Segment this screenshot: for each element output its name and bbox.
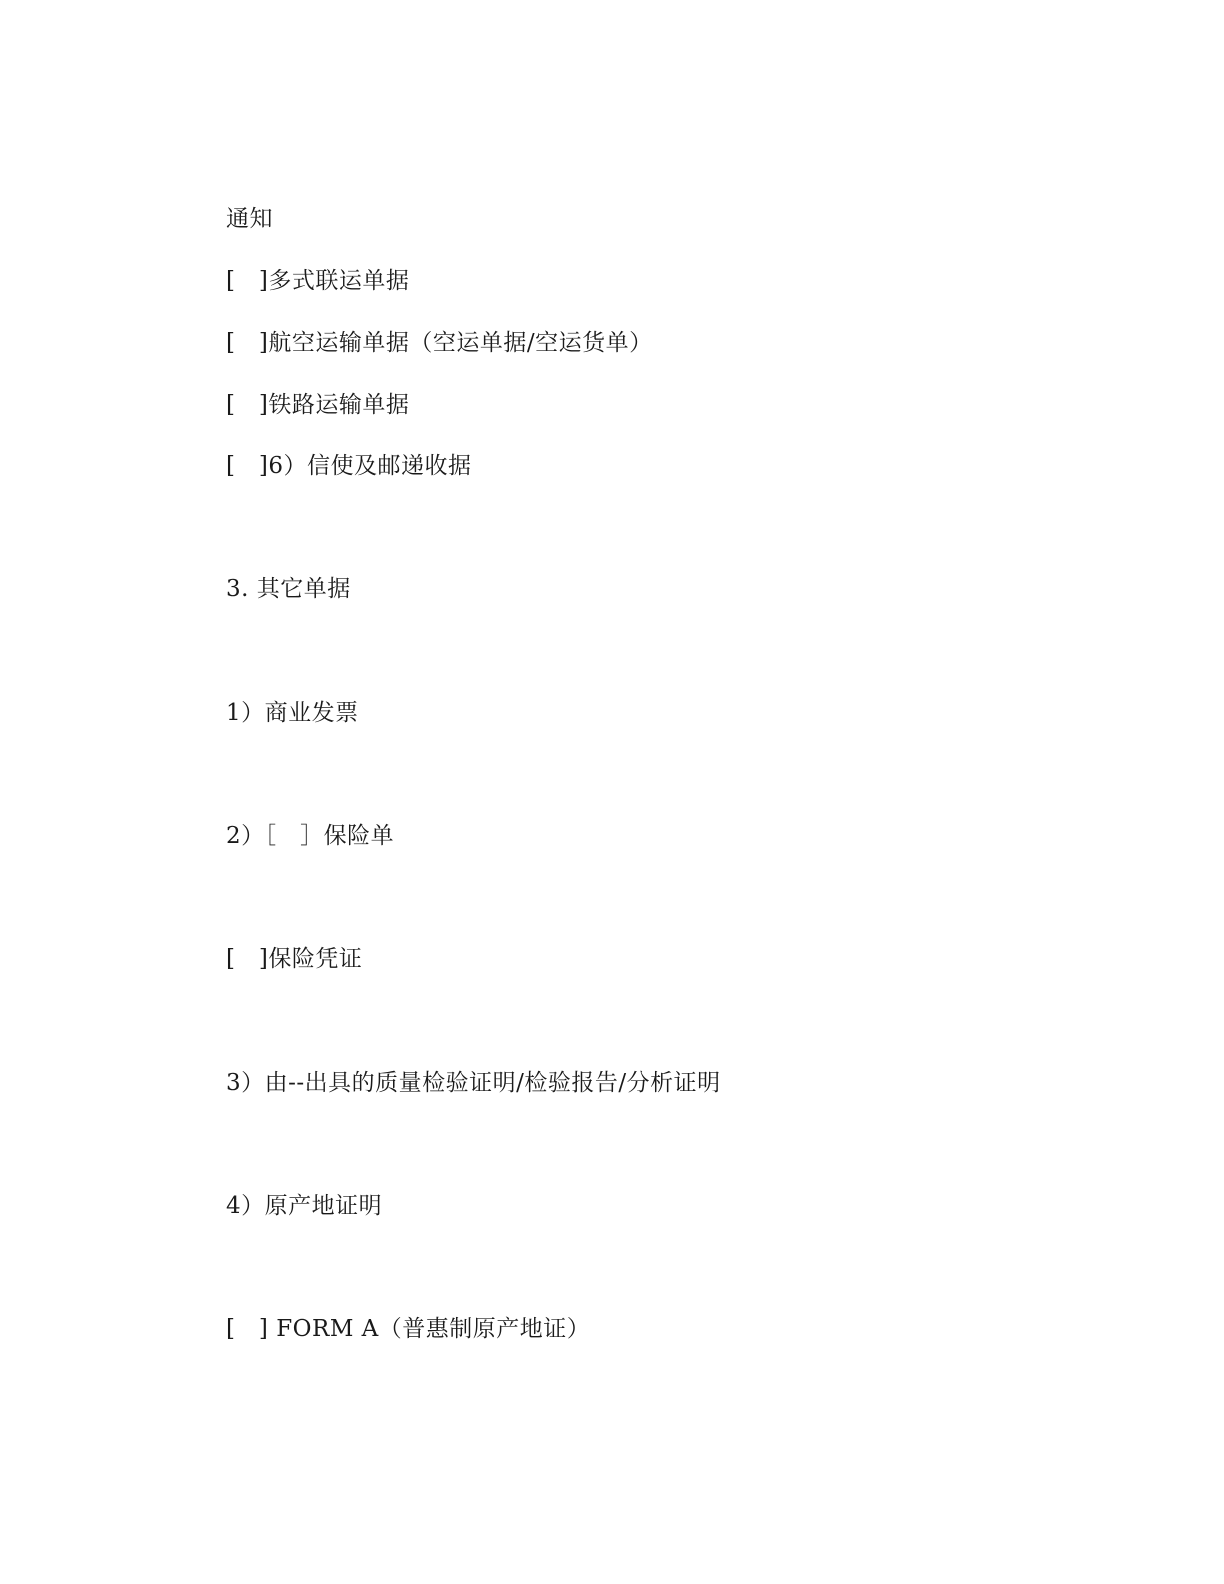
- checkbox-courier-postal-receipt: [ ]6）信使及邮递收据: [226, 451, 472, 481]
- checkbox-form-a: [ ] FORM A（普惠制原产地证）: [226, 1314, 590, 1344]
- notice-heading: 通知: [226, 204, 273, 234]
- checkbox-air-transport-doc: [ ]航空运输单据（空运单据/空运货单）: [226, 328, 653, 358]
- section-other-documents: 3. 其它单据: [226, 574, 351, 604]
- checkbox-multimodal-transport-doc: [ ]多式联运单据: [226, 266, 409, 296]
- item-insurance-policy: 2）［ ］保险单: [226, 821, 394, 851]
- checkbox-rail-transport-doc: [ ]铁路运输单据: [226, 390, 409, 420]
- item-certificate-of-origin: 4）原产地证明: [226, 1191, 382, 1221]
- item-commercial-invoice: 1）商业发票: [226, 698, 359, 728]
- item-quality-inspection-certificate: 3）由--出具的质量检验证明/检验报告/分析证明: [226, 1068, 721, 1098]
- checkbox-insurance-certificate: [ ]保险凭证: [226, 944, 362, 974]
